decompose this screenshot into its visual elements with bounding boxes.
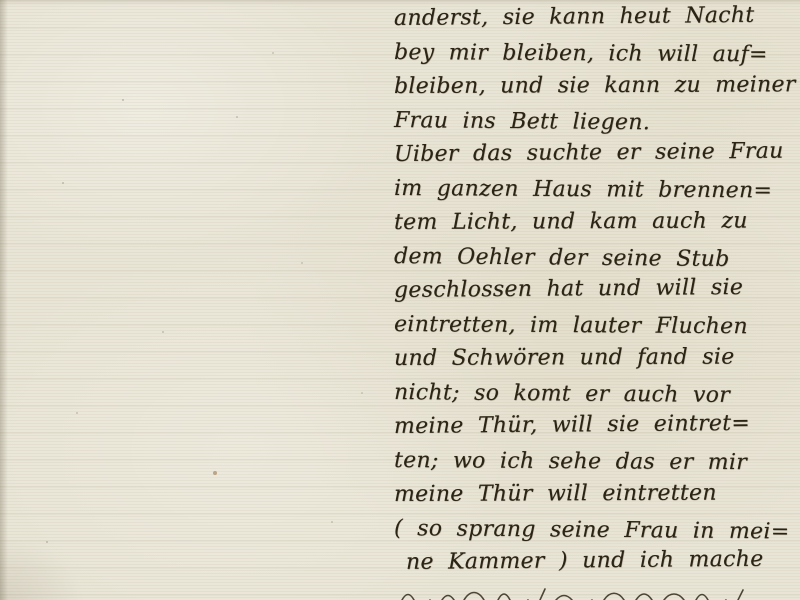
manuscript-line: anderst, sie kann heut Nacht [394,0,800,36]
clipped-line-fragment [398,588,758,600]
handwritten-text-block: anderst, sie kann heut Nacht bey mir ble… [394,2,800,580]
manuscript-line: Uiber das suchte er seine Frau [394,134,800,172]
manuscript-line: bleiben, und sie kann zu meiner [394,68,800,104]
manuscript-line: bey mir bleiben, ich will auf= [394,36,800,72]
manuscript-page: anderst, sie kann heut Nacht bey mir ble… [0,0,800,600]
manuscript-line: ne Kammer ) und ich mache [394,542,800,580]
manuscript-line: ten; wo ich sehe das er mir [394,444,800,480]
manuscript-line: im ganzen Haus mit brennen= [394,172,800,208]
manuscript-line: tem Licht, und kam auch zu [394,204,800,240]
manuscript-line: und Schwören und fand sie [394,340,800,376]
manuscript-line: geschlossen hat und will sie [394,270,800,308]
manuscript-line: eintretten, im lauter Fluchen [394,308,800,344]
paper-speckles [0,0,2,2]
manuscript-line: meine Thür, will sie eintret= [394,406,800,444]
manuscript-line: meine Thür will eintretten [394,476,800,512]
